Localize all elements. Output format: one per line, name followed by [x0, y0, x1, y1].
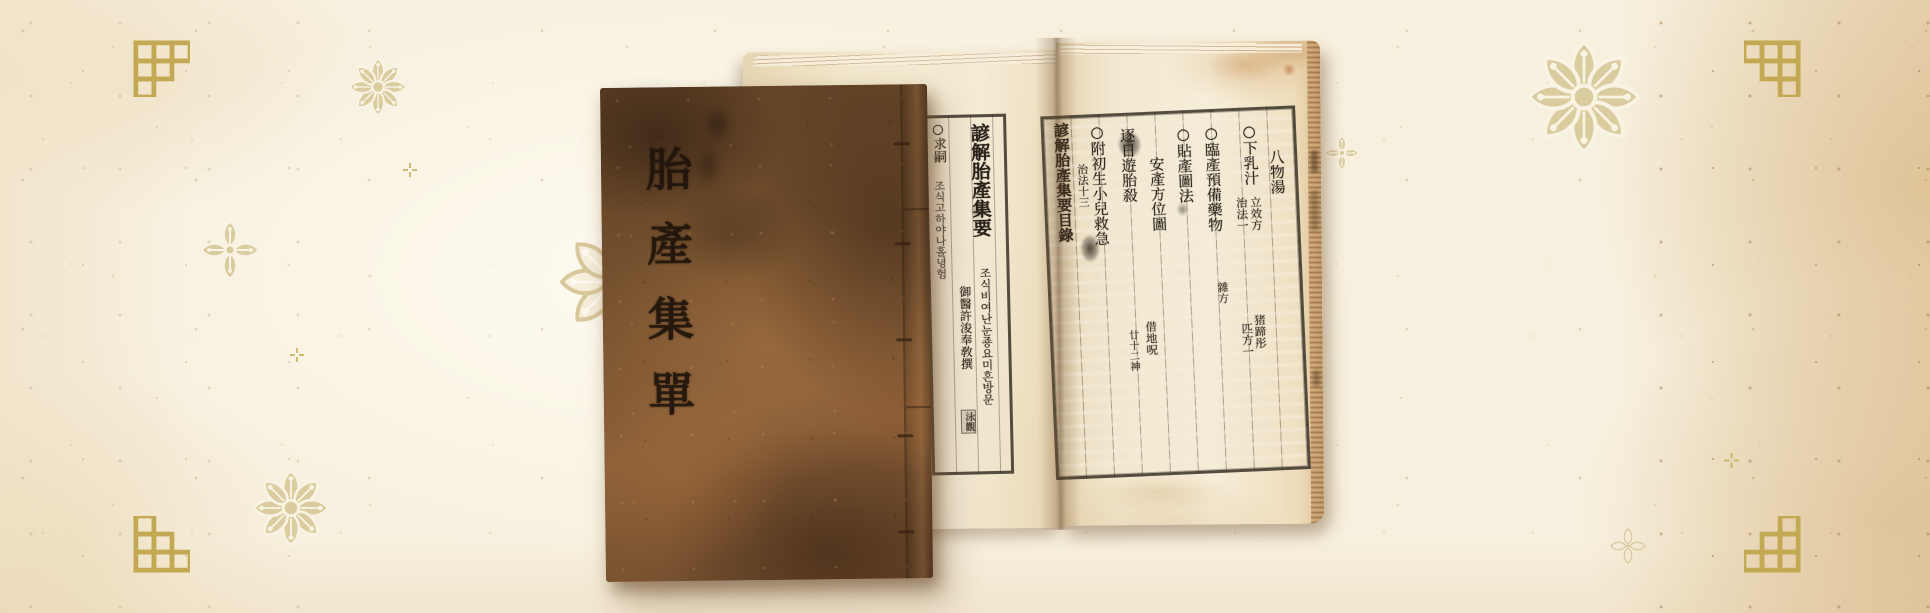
toc-entry: 八物湯	[1267, 149, 1287, 195]
four-petal-flower-icon	[1324, 135, 1360, 171]
binding-stitch	[894, 142, 910, 145]
toc-entry: ○下乳汁	[1240, 122, 1261, 186]
section-hangul-gloss: 조식고하야나홀녕험	[932, 180, 946, 279]
author-column: 御醫許浚奉敎撰	[957, 286, 973, 370]
corner-steps-ornament-top-left	[133, 40, 190, 97]
left-page-text-block: ○求嗣 조식고하야나홀녕험 諺解胎產集要 조식비여난눈죵요미흔방문 御醫許浚奉敎…	[924, 114, 1014, 476]
toc-note: 匹方一	[1240, 322, 1254, 357]
closed-cover-book: 胎產集單	[600, 84, 933, 582]
binding-segment-line	[906, 406, 931, 408]
flower-ornament-icon	[346, 55, 410, 119]
toc-note: 雜方	[1216, 281, 1229, 304]
flower-ornament-icon	[249, 466, 333, 550]
plus-mark-icon	[402, 162, 418, 178]
toc-entry: ○附初生小兒救急	[1088, 123, 1111, 247]
toc-text-block: 諺解胎產集要目錄 治法十三 ○附初生小兒救急 逐日遊胎殺 借地呪 廿十二神 安產…	[1040, 105, 1311, 480]
binding-stitch	[895, 242, 911, 245]
plus-mark-icon	[1723, 452, 1740, 469]
toc-note: 治法十三	[1075, 163, 1089, 207]
title-hangul-gloss: 조식비여난눈죵요미흔방문	[978, 267, 994, 405]
toc-note: 借地呪	[1144, 321, 1158, 356]
section-header: ○求嗣	[929, 122, 945, 163]
toc-entry: ○臨產預備藥物	[1202, 124, 1225, 233]
scene: ○求嗣 조식고하야나홀녕험 諺解胎產集要 조식비여난눈죵요미흔방문 御醫許浚奉敎…	[0, 0, 1930, 613]
four-petal-flower-icon	[199, 219, 261, 281]
toc-title-column: 諺解胎產集要目錄	[1052, 122, 1075, 243]
paper-edge-texture-left	[0, 0, 300, 613]
binding-stitch	[897, 434, 913, 437]
toc-entry: ○貼產圖法	[1174, 125, 1195, 204]
plus-mark-icon	[289, 347, 305, 363]
four-petal-outline-flower-icon	[1608, 526, 1648, 566]
toc-note: 立效方	[1249, 196, 1263, 231]
toc-note: 廿十二神	[1127, 329, 1140, 371]
binding-stitch	[898, 530, 914, 533]
paper-edge-texture-right	[1630, 0, 1930, 613]
corner-steps-ornament-bottom-right	[1744, 516, 1801, 573]
author-seal: 泳觀	[961, 409, 977, 433]
book-title-column: 諺解胎產集要	[967, 123, 992, 237]
corner-steps-ornament-top-right	[1744, 40, 1801, 97]
flower-ornament-icon	[1522, 35, 1646, 159]
toc-note: 治法一	[1235, 197, 1249, 232]
binding-segment-line	[903, 208, 928, 210]
binding-stitch	[896, 338, 912, 341]
toc-entry: 安產方位圖	[1147, 156, 1168, 232]
cover-title-calligraphy: 胎產集單	[633, 145, 703, 446]
corner-steps-ornament-bottom-left	[133, 516, 190, 573]
